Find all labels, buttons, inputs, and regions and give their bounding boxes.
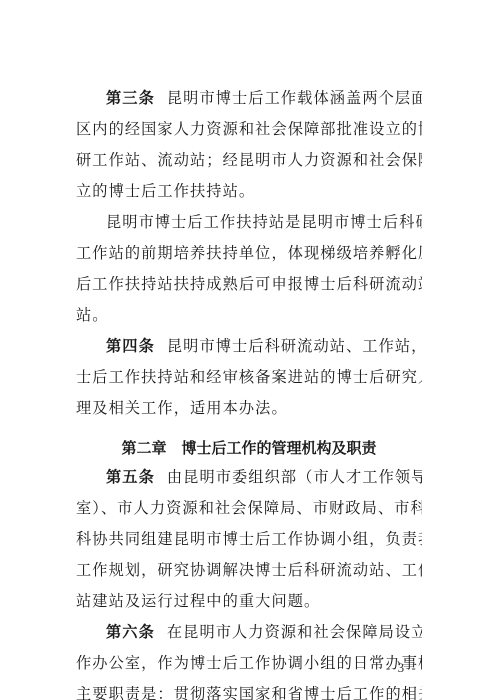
article-6-line-2: 作办公室，作为博士后工作协调小组的日常办事机构。 xyxy=(76,652,422,674)
article-6-line-1: 第六条在昆明市人力资源和社会保障局设立博士后工 xyxy=(106,621,422,643)
para-2-line-2: 工作站的前期培养扶持单位，体现梯级培养孵化原则。博士 xyxy=(76,242,422,264)
article-3-line-4: 立的博士后工作扶持站。 xyxy=(76,180,422,202)
text: 昆明市博士后科研流动站、工作站，昆明市博 xyxy=(167,337,422,355)
para-2-line-4: 站。 xyxy=(76,304,422,326)
article-6-line-3: 主要职责是：贯彻落实国家和省博士后工作的相关方针政 xyxy=(76,683,422,700)
article-4-line-2: 士后工作扶持站和经审核备案进站的博士后研究人员的管 xyxy=(76,366,422,388)
text: 在昆明市人力资源和社会保障局设立博士后工 xyxy=(167,623,422,641)
article-5-line-4: 工作规划，研究协调解决博士后科研流动站、工作站和扶持 xyxy=(76,559,422,581)
article-3-line-1: 第三条昆明市博士后工作载体涵盖两个层面：昆明辖 xyxy=(106,87,422,109)
article-4-line-3: 理及相关工作，适用本办法。 xyxy=(76,397,422,419)
para-2-line-3: 后工作扶持站扶持成熟后可申报博士后科研流动站、工作 xyxy=(76,273,422,295)
text: 由昆明市委组织部（市人才工作领导小组办公 xyxy=(167,468,422,486)
article-4-line-1: 第四条昆明市博士后科研流动站、工作站，昆明市博 xyxy=(106,335,422,357)
article-3-line-2: 区内的经国家人力资源和社会保障部批准设立的博士后科 xyxy=(76,118,422,140)
document-page: 第三条昆明市博士后工作载体涵盖两个层面：昆明辖 区内的经国家人力资源和社会保障部… xyxy=(0,0,495,700)
article-5-line-2: 室）、市人力资源和社会保障局、市财政局、市科技局、市 xyxy=(76,497,422,519)
page-number: - 3 - xyxy=(386,660,418,676)
chapter-heading: 第二章 博士后工作的管理机构及职责 xyxy=(76,437,422,459)
article-label: 第五条 xyxy=(106,468,155,486)
article-label: 第六条 xyxy=(106,623,155,641)
article-5-line-3: 科协共同组建昆明市博士后工作协调小组，负责我市博士后 xyxy=(76,528,422,550)
article-5-line-1: 第五条由昆明市委组织部（市人才工作领导小组办公 xyxy=(106,466,422,488)
para-2-line-1: 昆明市博士后工作扶持站是昆明市博士后科研流动站、 xyxy=(106,211,422,233)
article-label: 第四条 xyxy=(106,337,155,355)
article-5-line-5: 站建站及运行过程中的重大问题。 xyxy=(76,590,422,612)
article-label: 第三条 xyxy=(106,89,155,107)
text: 昆明市博士后工作载体涵盖两个层面：昆明辖 xyxy=(167,89,422,107)
article-3-line-3: 研工作站、流动站；经昆明市人力资源和社会保障局批准设 xyxy=(76,149,422,171)
